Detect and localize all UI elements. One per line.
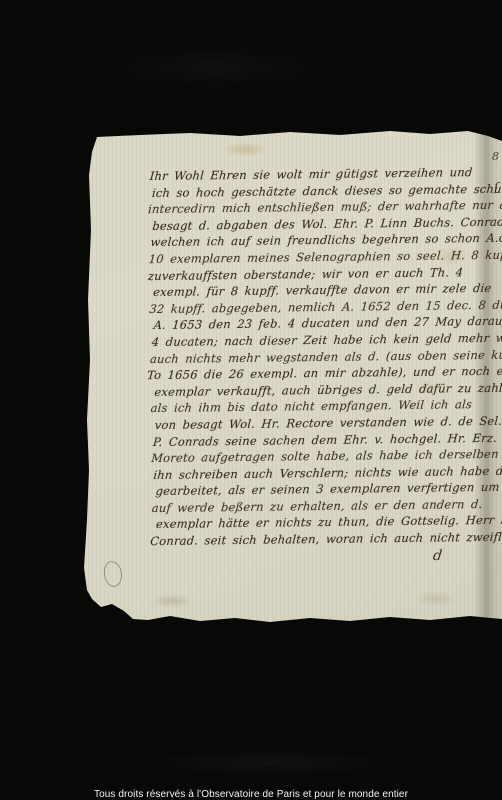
edge-ink-mark: ſ [494,180,498,194]
manuscript-line: von besagt Wol. Hr. Rectore verstanden w… [154,413,485,434]
manuscript-line: gearbeitet, als er seinen 3 exemplaren v… [155,479,486,500]
catchword-flourish: d [432,548,443,564]
gutter-shadow [474,130,502,622]
manuscript-line: exemplar hätte er nichts zu thun, die Go… [155,512,486,533]
foxing-stain [414,380,442,396]
manuscript-page: Ihr Wohl Ehren sie wolt mir gütigst verz… [0,0,502,800]
manuscript-line: P. Conrads seine sachen dem Ehr. v. hoch… [152,429,485,450]
manuscript-line: ich so hoch geschätzte danck dieses so g… [151,181,482,202]
foxing-stain [416,592,456,606]
pencil-ring-mark [102,560,123,588]
manuscript-line: auf werde beßern zu erhalten, als er den… [151,496,486,517]
rights-caption-text: Tous droits réservés à l'Observatoire de… [94,789,408,800]
foxing-stain [222,142,268,157]
manuscript-line: als ich ihm bis dato nicht empfangen. We… [150,396,485,417]
manuscript-line: zuverkauffsten oberstande; wir von er au… [147,264,483,285]
background-smudge [90,45,340,90]
manuscript-line: To 1656 die 26 exempl. an mir abzahle), … [147,363,485,384]
manuscript-line: 4 ducaten; nach dieser Zeit habe ich kei… [151,330,484,351]
manuscript-line: intercedirn mich entschließen muß; der w… [148,197,483,218]
manuscript-line: 10 exemplaren meines Selenographien so s… [148,247,483,268]
background-smudge [140,750,400,776]
manuscript-line: ihn schreiben auch Verschlern; nichts wi… [153,463,486,484]
manuscript-line: Conrad. seit sich behalten, woran ich au… [150,529,487,550]
edge-ink-mark: 8 [492,150,499,163]
manuscript-line: Moreto aufgetragen solte habe, als habe … [151,446,486,467]
manuscript-line: A. 1653 den 23 feb. 4 ducaten und den 27… [153,313,484,334]
manuscript-line: welchen ich auf sein freundlichs begehre… [150,230,483,251]
manuscript-line: exemplar verkaufft, auch übriges d. geld… [154,380,485,401]
rights-caption-bar: Tous droits réservés à l'Observatoire de… [0,784,502,800]
manuscript-line: besagt d. abgaben des Wol. Ehr. P. Linn … [152,214,483,235]
manuscript-line: Ihr Wohl Ehren sie wolt mir gütigst verz… [149,164,482,185]
handwritten-text-block: Ihr Wohl Ehren sie wolt mir gütigst verz… [150,164,487,550]
foxing-stain [150,594,194,608]
foxing-stain [436,246,470,266]
scan-background: Ihr Wohl Ehren sie wolt mir gütigst verz… [0,0,502,800]
manuscript-line: auch nichts mehr wegstanden als d. (aus … [149,346,484,367]
manuscript-line: 32 kupff. abgegeben, nemlich A. 1652 den… [149,297,484,318]
manuscript-line: exempl. für 8 kupff. verkauffte davon er… [153,280,484,301]
edge-ink-mark: ‚ [490,212,493,223]
